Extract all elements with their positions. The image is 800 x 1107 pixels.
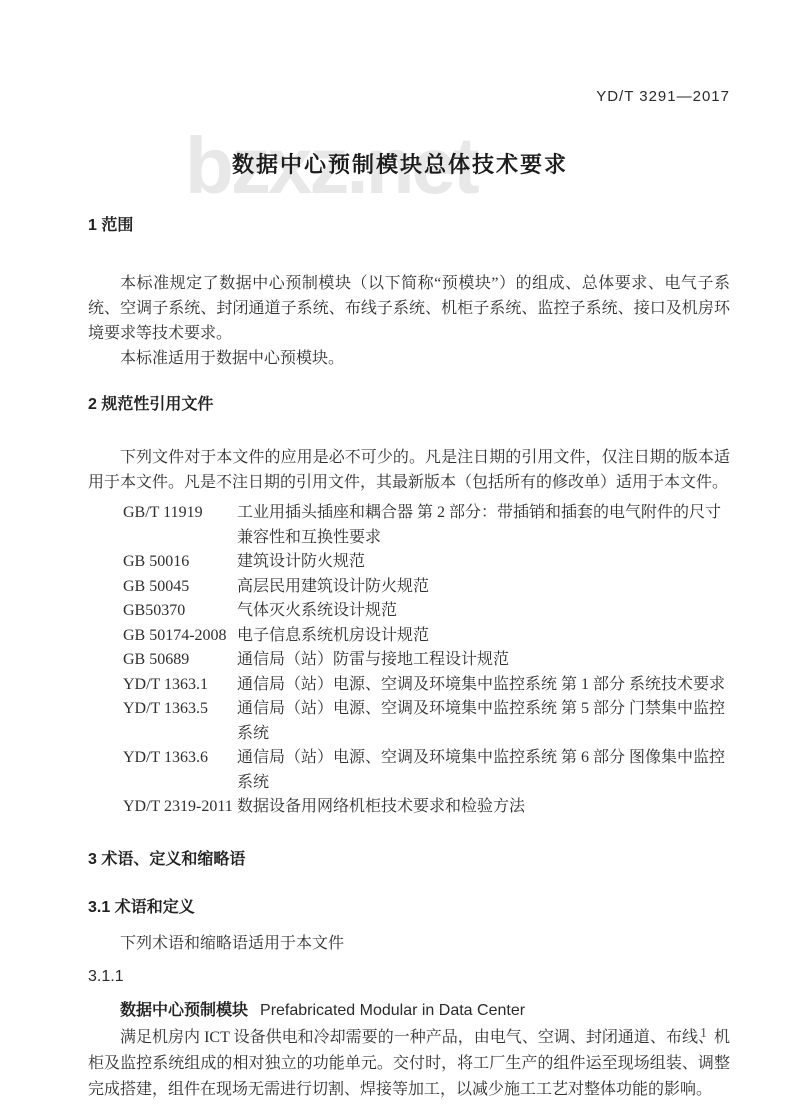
reference-id: YD/T 1363.6: [123, 746, 237, 795]
scope-paragraph-1: 本标准规定了数据中心预制模块（以下简称“预模块”）的组成、总体要求、电气子系统、…: [88, 271, 730, 346]
term-english: Prefabricated Modular in Data Center: [260, 1002, 525, 1019]
term-definition-body: 满足机房内 ICT 设备供电和冷却需要的一种产品，由电气、空调、封闭通道、布线、…: [88, 1025, 730, 1103]
terms-intro: 下列术语和缩略语适用于本文件: [88, 931, 730, 956]
reference-row: YD/T 1363.6 通信局（站）电源、空调及环境集中监控系统 第 6 部分 …: [123, 746, 730, 795]
reference-id: GB 50174-2008: [123, 624, 237, 649]
section-2-heading: 2 规范性引用文件: [88, 395, 730, 415]
standard-number: YD/T 3291—2017: [596, 88, 730, 105]
section-3-1-heading: 3.1 术语和定义: [88, 898, 730, 918]
reference-title: 工业用插头插座和耦合器 第 2 部分：带插销和插套的电气附件的尺寸兼容性和互换性…: [237, 501, 730, 550]
reference-title: 电子信息系统机房设计规范: [237, 624, 730, 649]
reference-id: YD/T 1363.1: [123, 673, 237, 698]
page-number: 1: [700, 1026, 707, 1042]
reference-title: 高层民用建筑设计防火规范: [237, 575, 730, 600]
reference-title: 建筑设计防火规范: [237, 550, 730, 575]
reference-id: GB 50016: [123, 550, 237, 575]
reference-row: GB/T 11919 工业用插头插座和耦合器 第 2 部分：带插销和插套的电气附…: [123, 501, 730, 550]
reference-row: GB 50016 建筑设计防火规范: [123, 550, 730, 575]
document-title: 数据中心预制模块总体技术要求: [0, 148, 800, 179]
reference-title: 通信局（站）电源、空调及环境集中监控系统 第 1 部分 系统技术要求: [237, 673, 730, 698]
reference-title: 通信局（站）防雷与接地工程设计规范: [237, 648, 730, 673]
normative-refs-intro: 下列文件对于本文件的应用是必不可少的。凡是注日期的引用文件，仅注日期的版本适用于…: [88, 445, 730, 495]
reference-id: YD/T 2319-2011: [123, 795, 237, 820]
reference-title: 通信局（站）电源、空调及环境集中监控系统 第 5 部分 门禁集中监控系统: [237, 697, 730, 746]
clause-3-1-1-number: 3.1.1: [88, 967, 730, 987]
reference-id: GB 50045: [123, 575, 237, 600]
reference-id: YD/T 1363.5: [123, 697, 237, 746]
reference-id: GB/T 11919: [123, 501, 237, 550]
reference-row: YD/T 1363.5 通信局（站）电源、空调及环境集中监控系统 第 5 部分 …: [123, 697, 730, 746]
term-definition-title: 数据中心预制模块 Prefabricated Modular in Data C…: [88, 998, 730, 1023]
reference-title: 气体灭火系统设计规范: [237, 599, 730, 624]
reference-row: YD/T 2319-2011 数据设备用网络机柜技术要求和检验方法: [123, 795, 730, 820]
reference-row: YD/T 1363.1 通信局（站）电源、空调及环境集中监控系统 第 1 部分 …: [123, 673, 730, 698]
reference-row: GB50370 气体灭火系统设计规范: [123, 599, 730, 624]
reference-id: GB 50689: [123, 648, 237, 673]
document-page: bzxz.net YD/T 3291—2017 数据中心预制模块总体技术要求 1…: [0, 0, 800, 1107]
section-3-heading: 3 术语、定义和缩略语: [88, 850, 730, 870]
reference-title: 数据设备用网络机柜技术要求和检验方法: [237, 795, 730, 820]
reference-row: GB 50689 通信局（站）防雷与接地工程设计规范: [123, 648, 730, 673]
reference-row: GB 50045 高层民用建筑设计防火规范: [123, 575, 730, 600]
term-chinese: 数据中心预制模块: [120, 1002, 248, 1019]
reference-id: GB50370: [123, 599, 237, 624]
page-content: 1 范围 本标准规定了数据中心预制模块（以下简称“预模块”）的组成、总体要求、电…: [88, 216, 730, 1103]
reference-list: GB/T 11919 工业用插头插座和耦合器 第 2 部分：带插销和插套的电气附…: [123, 501, 730, 820]
reference-title: 通信局（站）电源、空调及环境集中监控系统 第 6 部分 图像集中监控系统: [237, 746, 730, 795]
reference-row: GB 50174-2008 电子信息系统机房设计规范: [123, 624, 730, 649]
section-1-heading: 1 范围: [88, 216, 730, 236]
scope-paragraph-2: 本标准适用于数据中心预模块。: [88, 346, 730, 371]
